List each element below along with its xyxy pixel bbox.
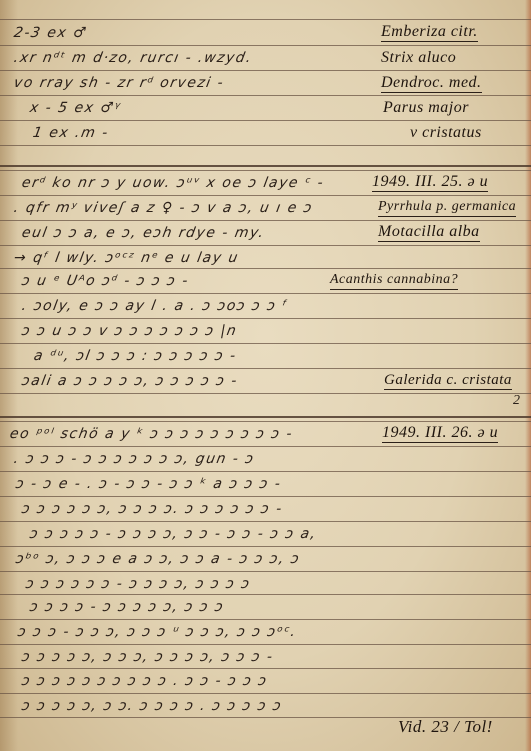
ruled-line <box>0 268 531 269</box>
entry3-line-11: ↄ ↄ ↄ ↄ ↄ ↄ ↄ ↄ ↄ ↄ . ↄ ↄ - ↄ ↄ ↄ <box>20 672 269 690</box>
ruled-line <box>0 220 531 221</box>
ruled-line <box>0 318 531 319</box>
entry2-line-2: . qfr mʸ viveʃ a z ♀ - ↄ v a ↄ, u ı e ↄ <box>12 199 314 217</box>
ruled-line <box>0 70 531 71</box>
species-parus-major: Parus major <box>383 99 469 117</box>
ruled-line <box>0 145 531 146</box>
entry3-line-6: ↄᵇᵒ ↄ, ↄ ↄ ↄ e a ↄ ↄ, ↄ ↄ a - ↄ ↄ ↄ, ↄ <box>14 550 301 568</box>
ruled-line <box>0 496 531 497</box>
ruled-line <box>0 170 531 171</box>
ruled-line <box>0 95 531 96</box>
entry2-line-7: ɔ ↄ u ↄ ↄ v ↄ ↄ ↄ ↄ ↄ ↄ ↄ |n <box>20 322 238 340</box>
entry1-line-2: .xr nᵈᵗ m d·zo, rurcı - .wzyd. <box>12 49 253 67</box>
ruled-line <box>0 571 531 572</box>
entry2-line-6: . ↄoly, e ↄ ↄ ay l . a . ↄ ↄoↄ ↄ ↄ ᶠ <box>20 297 289 315</box>
ruled-line <box>0 594 531 595</box>
entry2-date: 1949. III. 25. ə u <box>372 173 488 192</box>
entry1-line-5: 1 ex .m - <box>31 124 110 142</box>
entry3-line-10: ↄ ↄ ↄ ↄ ↄ, ↄ ↄ ↄ, ↄ ↄ ↄ ↄ, ↄ ↄ ↄ - <box>20 648 275 666</box>
species-dendrocopos-medius: Dendroc. med. <box>381 74 482 93</box>
ruled-line <box>0 293 531 294</box>
ruled-line <box>0 619 531 620</box>
ruled-line <box>0 195 531 196</box>
entry2-line-1: erᵈ ko nr ↄ y uow. ↄᵘᵛ x oe ↄ laye ᶜ - <box>20 174 325 192</box>
species-pyrrhula-germanica: Pyrrhula p. germanica <box>378 198 516 217</box>
species-galerida-cristata: Galerida c. cristata <box>384 371 512 390</box>
notebook-page: 2-3 ex ♂ .xr nᵈᵗ m d·zo, rurcı - .wzyd. … <box>0 0 531 751</box>
entry3-line-8: ↄ ↄ ↄ ↄ - ↄ ↄ ↄ ↄ ↄ, ↄ ↄ ↄ <box>28 598 225 616</box>
entry2-line-3: eul ↄ ↄ a, e ↄ, eɔh rdye - my. <box>20 224 266 242</box>
entry3-line-9: ↄ ↄ ↄ - ↄ ↄ ↄ, ↄ ↄ ↄ ᵘ ↄ ↄ ↄ, ↄ ↄ ↄᵒᶜ. <box>16 623 298 641</box>
entry3-line-7: ↄ ↄ ↄ ↄ ↄ ↄ - ↄ ↄ ↄ ↄ, ↄ ↄ ↄ ↄ <box>24 575 252 593</box>
signoff: Vid. 23 / Tol! <box>398 718 493 736</box>
ruled-line <box>0 245 531 246</box>
entry3-line-1: eo ᵖᵒˡ schö a y ᵏ ↄ ↄ ↄ ↄ ↄ ↄ ↄ ↄ ↄ - <box>8 425 294 443</box>
entry3-line-4: ↄ ↄ ↄ ↄ ↄ ↄ, ↄ ↄ ↄ ↄ. ↄ ↄ ↄ ↄ ↄ ↄ - <box>20 500 284 518</box>
ruled-line <box>0 471 531 472</box>
entry2-line-9: ↄali a ↄ ↄ ↄ ↄ ↄ, ↄ ↄ ↄ ↄ ↄ - <box>20 372 239 390</box>
ruled-line <box>0 19 531 20</box>
section-divider <box>0 416 531 418</box>
entry3-line-5: ↄ ↄ ↄ ↄ ↄ - ↄ ↄ ↄ ↄ, ↄ ↄ - ↄ ↄ - ↄ ↄ a, <box>28 525 318 543</box>
ruled-line <box>0 393 531 394</box>
ruled-line <box>0 120 531 121</box>
ruled-line <box>0 368 531 369</box>
ruled-line <box>0 343 531 344</box>
ruled-line <box>0 668 531 669</box>
ruled-line <box>0 644 531 645</box>
entry1-line-4: x - 5 ex ♂ᵞ <box>28 99 122 117</box>
section-divider <box>0 165 531 167</box>
species-strix-aluco: Strix aluco <box>381 49 456 67</box>
margin-note: 2 <box>513 393 520 409</box>
entry3-date: 1949. III. 26. ə u <box>382 424 498 443</box>
entry3-line-12: ↄ ↄ ↄ ↄ ↄ, ↄ ↄ. ↄ ↄ ↄ ↄ . ↄ ↄ ↄ ↄ ↄ <box>20 697 283 715</box>
species-motacilla-alba: Motacilla alba <box>378 223 480 242</box>
species-emberiza-citrinella: Emberiza citr. <box>381 23 478 42</box>
entry2-line-5: ↄ u ᵉ Uᴬo ↄᵈ - ↄ ↄ ↄ - <box>20 272 190 290</box>
entry1-line-3: vo rray sh - zr rᵈ orvezi - <box>12 74 225 92</box>
ruled-line <box>0 421 531 422</box>
entry2-line-8: a ᵈᵘ, ↄl ↄ ↄ ↄ : ↄ ↄ ↄ ↄ ↄ - <box>32 347 238 365</box>
entry3-line-2: . ↄ ↄ ↄ - ↄ ↄ ↄ ↄ ↄ ↄ ↄ, gun - ↄ <box>12 450 256 468</box>
paper-edge-right <box>525 0 531 751</box>
ruled-line <box>0 45 531 46</box>
species-acanthis-cannabina: Acanthis cannabina? <box>330 271 458 290</box>
ruled-line <box>0 693 531 694</box>
entry1-line-1: 2-3 ex ♂ <box>12 24 88 42</box>
entry2-line-4: → qᶠ l wly. ↄᵒᶜᶻ nᵉ e u lay u <box>12 249 240 267</box>
ruled-line <box>0 521 531 522</box>
paper-edge-left <box>0 0 18 751</box>
entry3-line-3: ↄ - ↄ e - . ↄ - ↄ ↄ - ↄ ↄ ᵏ a ↄ ↄ ↄ - <box>14 475 283 493</box>
ruled-line <box>0 446 531 447</box>
ruled-line <box>0 546 531 547</box>
species-parus-cristatus: v cristatus <box>410 124 482 142</box>
